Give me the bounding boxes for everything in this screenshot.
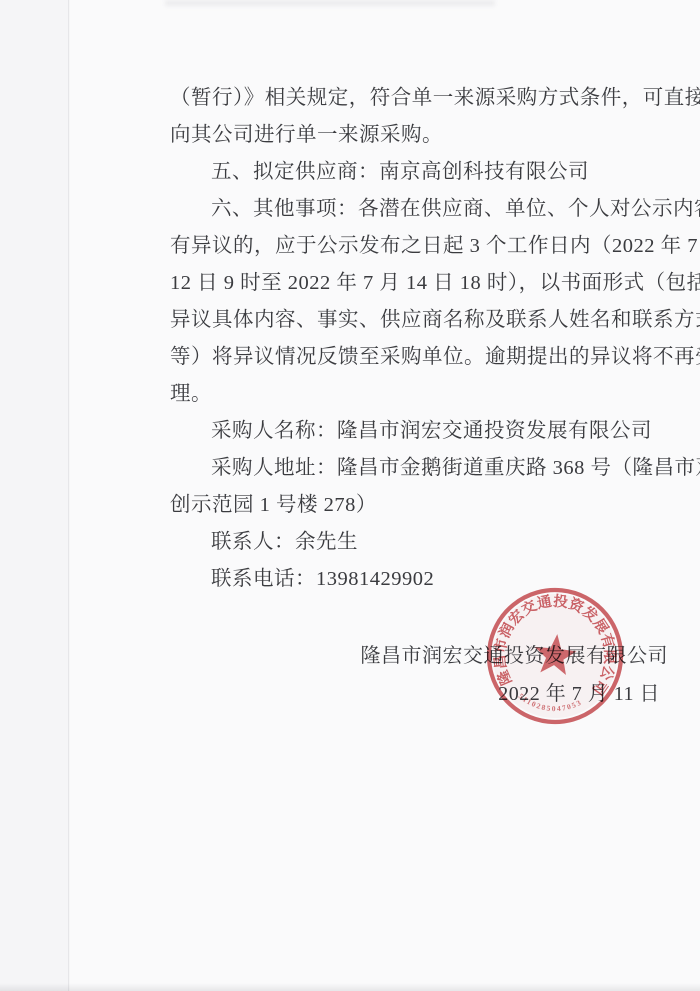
- text-line: 联系人：余先生: [170, 524, 672, 561]
- signature-company-name: 隆昌市润宏交通投资发展有限公司: [361, 639, 669, 668]
- text-line: （暂行）》相关规定，符合单一来源采购方式条件，可直接: [170, 80, 672, 117]
- scan-seam-line: [68, 0, 70, 991]
- text-line: 联系电话：13981429902: [170, 561, 672, 598]
- text-line: 五、拟定供应商：南京高创科技有限公司: [170, 154, 672, 191]
- scan-top-shadow: [165, 0, 495, 6]
- scan-bottom-shadow: [0, 983, 700, 991]
- signature-date: 2022 年 7 月 11 日: [498, 677, 660, 706]
- text-line: 向其公司进行单一来源采购。: [170, 117, 672, 154]
- text-line: 采购人名称：隆昌市润宏交通投资发展有限公司: [170, 413, 672, 450]
- text-line: 六、其他事项：各潜在供应商、单位、个人对公示内容: [170, 191, 672, 228]
- text-line: 等）将异议情况反馈至采购单位。逾期提出的异议将不再受: [170, 339, 672, 376]
- text-line: 有异议的，应于公示发布之日起 3 个工作日内（2022 年 7 月: [170, 228, 672, 265]
- text-line: 采购人地址：隆昌市金鹅街道重庆路 368 号（隆昌市双: [170, 450, 672, 487]
- text-line: 理。: [170, 376, 672, 413]
- text-line: 异议具体内容、事实、供应商名称及联系人姓名和联系方式: [170, 302, 672, 339]
- text-line: 12 日 9 时至 2022 年 7 月 14 日 18 时），以书面形式（包括: [170, 265, 672, 302]
- scanned-document-page: （暂行）》相关规定，符合单一来源采购方式条件，可直接 向其公司进行单一来源采购。…: [0, 0, 700, 991]
- text-line: 创示范园 1 号楼 278）: [170, 487, 672, 524]
- scan-left-margin-strip: [0, 0, 68, 991]
- document-body-text: （暂行）》相关规定，符合单一来源采购方式条件，可直接 向其公司进行单一来源采购。…: [170, 80, 672, 598]
